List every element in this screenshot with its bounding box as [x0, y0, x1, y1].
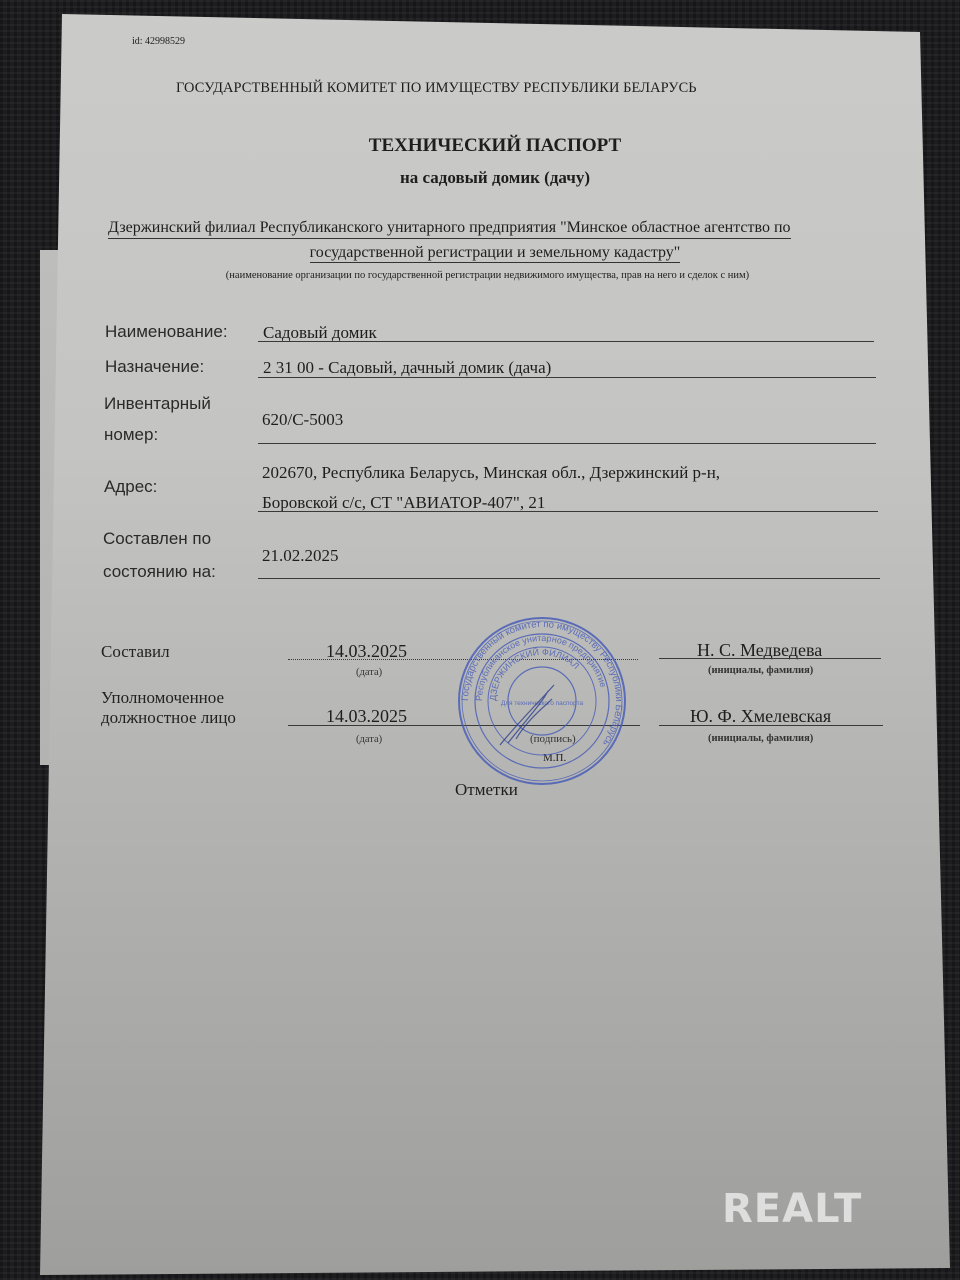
compiled-label: Составил: [101, 642, 170, 662]
organization-caption: (наименование организации по государстве…: [0, 270, 960, 281]
address-label: Адрес:: [104, 477, 157, 497]
organization-line-1: Дзержинский филиал Республиканского унит…: [108, 219, 791, 239]
inventory-value: 620/С-5003: [262, 410, 343, 430]
inventory-label-2: номер:: [104, 425, 158, 445]
compiled-name-caption: (инициалы, фамилия): [708, 665, 813, 676]
compiled-name-underline: [659, 658, 881, 659]
name-underline: [258, 341, 874, 342]
notes-heading: Отметки: [455, 780, 518, 800]
as-of-label-1: Составлен по: [103, 529, 211, 549]
signature-scribble: [500, 685, 554, 745]
document-id: id: 42998529: [132, 36, 185, 47]
document-subtitle: на садовый домик (дачу): [0, 168, 960, 188]
compiled-date-caption: (дата): [356, 667, 382, 678]
committee-heading: ГОСУДАРСТВЕННЫЙ КОМИТЕТ ПО ИМУЩЕСТВУ РЕС…: [176, 80, 697, 97]
organization-line-2-text: государственной регистрации и земельному…: [310, 244, 681, 263]
organization-line-2: государственной регистрации и земельному…: [0, 244, 960, 262]
purpose-label: Назначение:: [105, 357, 204, 377]
official-name-underline: [659, 725, 883, 726]
official-name: Ю. Ф. Хмелевская: [690, 706, 831, 727]
realt-watermark-logo: REALT: [722, 1186, 862, 1232]
purpose-underline: [258, 377, 876, 378]
official-stamp: Государственный комитет по имуществу Рес…: [456, 615, 628, 787]
official-name-caption: (инициалы, фамилия): [708, 733, 813, 744]
address-underline: [258, 511, 878, 512]
official-date: 14.03.2025: [326, 706, 407, 727]
official-date-caption: (дата): [356, 734, 382, 745]
official-label-1: Уполномоченное: [101, 688, 224, 708]
inventory-underline: [258, 443, 876, 444]
name-label: Наименование:: [105, 322, 228, 342]
address-value-line-2: Боровской с/с, СТ "АВИАТОР-407", 21: [262, 493, 545, 513]
address-value-line-1: 202670, Республика Беларусь, Минская обл…: [262, 463, 720, 483]
purpose-value: 2 31 00 - Садовый, дачный домик (дача): [263, 358, 551, 378]
as-of-value: 21.02.2025: [262, 546, 339, 566]
document-title: ТЕХНИЧЕСКИЙ ПАСПОРТ: [0, 135, 960, 157]
document-sheet: id: 42998529 ГОСУДАРСТВЕННЫЙ КОМИТЕТ ПО …: [0, 0, 960, 1280]
as-of-underline: [258, 578, 880, 579]
inventory-label-1: Инвентарный: [104, 394, 211, 414]
name-value: Садовый домик: [263, 323, 377, 343]
official-label-2: должностное лицо: [101, 708, 236, 728]
as-of-label-2: состоянию на:: [103, 562, 216, 582]
